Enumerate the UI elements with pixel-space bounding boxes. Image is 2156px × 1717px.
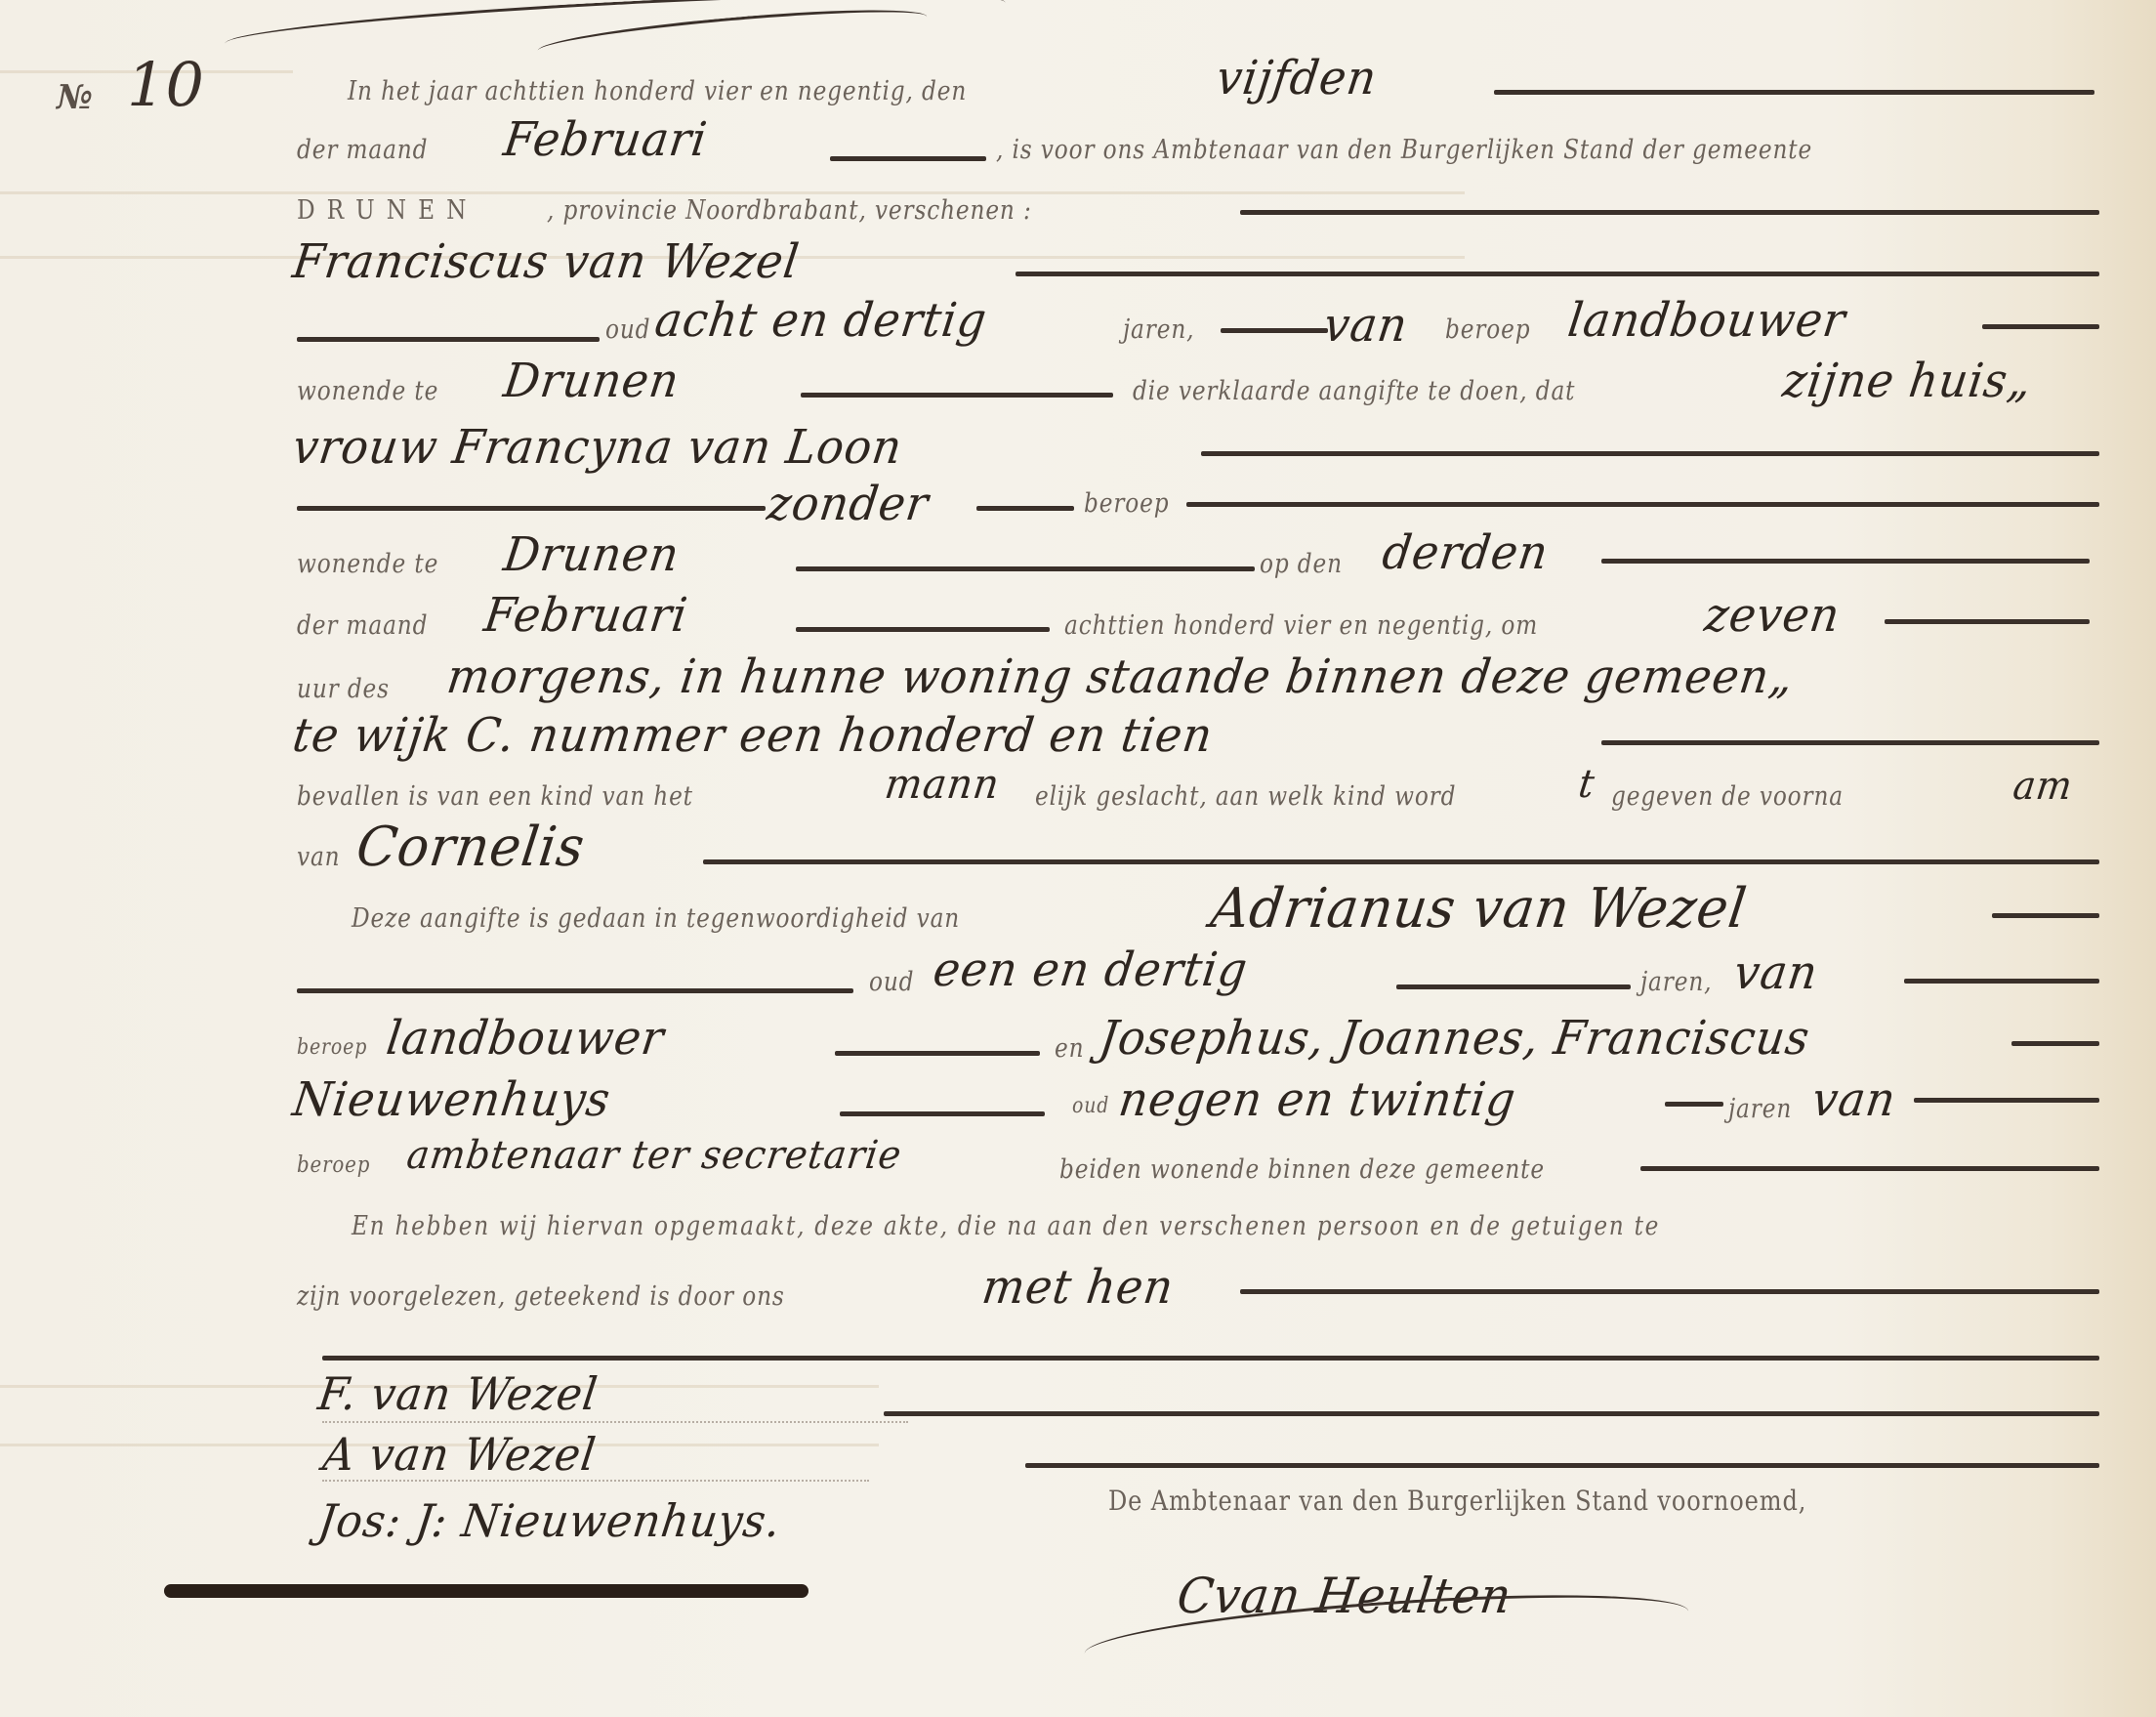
line16-van-hand: van <box>1731 945 1822 1000</box>
line2-print-a: der maand <box>297 135 428 165</box>
rule <box>1640 1166 2099 1171</box>
signature-underline <box>164 1584 808 1598</box>
rule <box>1494 90 2094 95</box>
birth-hour-hand: zeven <box>1702 588 1844 643</box>
line5-van-hand: van <box>1321 298 1412 353</box>
rule <box>1885 619 2090 624</box>
line9-op-den: op den <box>1260 549 1343 579</box>
rule <box>1186 502 2099 507</box>
rule <box>1665 1102 1723 1107</box>
line13-print-a: bevallen is van een kind van het <box>297 781 693 812</box>
line17-beroep: beroep <box>297 1035 367 1060</box>
line17-en: en <box>1055 1033 1084 1064</box>
rule <box>1221 328 1328 333</box>
line2-month-hand: Februari <box>501 112 711 167</box>
rule <box>1601 740 2099 745</box>
line3-municipality: DRUNEN <box>297 195 478 226</box>
declarant-name-hand: Franciscus van Wezel <box>290 234 803 289</box>
rule <box>1904 979 2099 984</box>
rule <box>796 627 1050 632</box>
line2-print-b: , is voor ons Ambtenaar van den Burgerli… <box>996 135 1812 165</box>
declarant-residence-hand: Drunen <box>501 354 684 408</box>
line13-print-c: gegeven de voorna <box>1611 781 1844 812</box>
line10-print-b: achttien honderd vier en negentig, om <box>1064 610 1538 641</box>
signed-with-hand: met hen <box>979 1260 1178 1315</box>
rule <box>297 988 853 993</box>
witness1-age-hand: een en dertig <box>931 942 1252 997</box>
line9-wonende: wonende te <box>297 549 438 579</box>
rule <box>322 1356 2099 1361</box>
declarant-signature: F. van Wezel <box>315 1367 601 1420</box>
line16-oud: oud <box>869 967 914 997</box>
act-number-label: № <box>57 78 93 117</box>
rule <box>840 1111 1045 1116</box>
line14-van: van <box>297 842 341 872</box>
closing-print: En hebben wij hiervan opgemaakt, deze ak… <box>352 1211 1660 1241</box>
witness1-signature: A van Wezel <box>320 1428 600 1481</box>
line19-beroep: beroep <box>297 1152 370 1178</box>
line13-print-b: elijk geslacht, aan welk kind word <box>1035 781 1456 812</box>
line1-day-hand: vijfden <box>1214 51 1381 105</box>
birth-place-hand: morgens, in hunne woning staande binnen … <box>444 649 1798 704</box>
rule <box>1240 1289 2099 1294</box>
line6-hand-b: zijne huis„ <box>1780 354 2036 408</box>
declarant-age-hand: acht en dertig <box>652 293 991 348</box>
rule <box>1914 1098 2099 1103</box>
line6-wonende: wonende te <box>297 376 438 406</box>
rule <box>1016 272 2099 276</box>
line11-uur-des: uur des <box>297 674 390 704</box>
birth-address-hand: te wijk C. nummer een honderd en tien <box>290 708 1217 763</box>
witness2-given-names-hand: Josephus, Joannes, Franciscus <box>1097 1011 1813 1066</box>
line18-oud: oud <box>1072 1094 1109 1118</box>
rule <box>796 566 1255 571</box>
mother-residence-hand: Drunen <box>501 527 684 582</box>
line1-print: In het jaar achttien honderd vier en neg… <box>348 76 967 106</box>
witness2-surname-hand: Nieuwenhuys <box>290 1072 614 1127</box>
line21-print-a: zijn voorgelezen, geteekend is door ons <box>297 1281 785 1312</box>
rule <box>297 506 766 511</box>
birth-month-hand: Februari <box>481 588 691 643</box>
birth-day-hand: derden <box>1380 525 1553 580</box>
line3-print-b: , provincie Noordbrabant, verschenen : <box>547 195 1032 226</box>
rule <box>1601 559 2090 564</box>
act-number: 10 <box>127 49 204 120</box>
line13-hand-c: am <box>2011 764 2076 809</box>
child-name-hand: Cornelis <box>352 816 589 879</box>
declarant-occupation-hand: landbouwer <box>1565 293 1849 348</box>
line5-beroep: beroep <box>1445 314 1530 345</box>
witness1-name-hand: Adrianus van Wezel <box>1207 877 1750 941</box>
rule <box>1992 913 2099 918</box>
line18-van-hand: van <box>1809 1072 1900 1127</box>
rule <box>297 337 600 342</box>
line19-print-b: beiden wonende binnen deze gemeente <box>1059 1154 1545 1185</box>
witness1-occupation-hand: landbouwer <box>384 1011 668 1066</box>
rule <box>801 393 1113 398</box>
rule <box>1396 984 1631 989</box>
line13-hand-b: t <box>1576 762 1597 807</box>
witness2-age-hand: negen en twintig <box>1116 1072 1519 1127</box>
rule <box>2011 1041 2099 1046</box>
mother-occupation-hand: zonder <box>765 477 933 531</box>
rule <box>1201 451 2099 456</box>
line16-jaren: jaren, <box>1640 967 1712 997</box>
rule <box>884 1411 2099 1416</box>
line5-oud: oud <box>605 314 650 345</box>
witness2-signature: Jos: J: Nieuwenhuys. <box>315 1494 784 1547</box>
line5-jaren: jaren, <box>1123 314 1194 345</box>
line15-print-a: Deze aangifte is gedaan in tegenwoordigh… <box>352 903 960 934</box>
line8-beroep: beroep <box>1084 488 1169 519</box>
line10-der-maand: der maand <box>297 610 428 641</box>
rule <box>1025 1463 2099 1468</box>
rule <box>703 859 2099 864</box>
rule <box>1982 324 2099 329</box>
witness2-occupation-hand: ambtenaar ter secretarie <box>404 1133 904 1178</box>
rule <box>830 156 986 161</box>
paper-rule <box>0 191 1465 194</box>
mother-name-hand: vrouw Francyna van Loon <box>290 420 906 475</box>
line6-print-b: die verklaarde aangifte te doen, dat <box>1133 376 1575 406</box>
rule <box>1240 210 2099 215</box>
sex-hand: mann <box>882 760 1002 808</box>
rule <box>976 506 1074 511</box>
official-caption: De Ambtenaar van den Burgerlijken Stand … <box>1108 1485 1806 1517</box>
dots <box>322 1421 908 1423</box>
rule <box>835 1051 1040 1056</box>
line18-jaren: jaren <box>1728 1094 1792 1124</box>
